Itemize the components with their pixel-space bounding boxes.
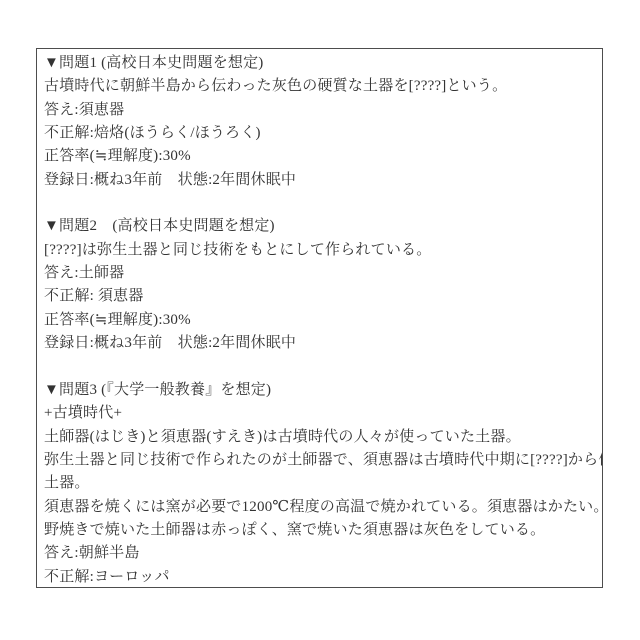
text-line: +古墳時代+ xyxy=(44,402,595,425)
text-line: 土師器(はじき)と須恵器(すえき)は古墳時代の人々が使っていた土器。 xyxy=(44,426,595,449)
section-heading: ▼問題3 (『大学一般教養』を想定) xyxy=(44,379,595,402)
text-line: 登録日:概ね3年前 状態:2年間休眠中 xyxy=(44,332,595,355)
problem-section-3: ▼問題3 (『大学一般教養』を想定)+古墳時代+土師器(はじき)と須恵器(すえき… xyxy=(44,379,595,588)
quiz-document: ▼問題1 (高校日本史問題を想定)古墳時代に朝鮮半島から伝わった灰色の硬質な土器… xyxy=(36,48,603,588)
problem-section-2: ▼問題2 (高校日本史問題を想定)[????]は弥生土器と同じ技術をもとにして作… xyxy=(44,215,595,355)
text-line: 弥生土器と同じ技術で作られたのが土師器で、須恵器は古墳時代中期に[????]から… xyxy=(44,449,595,472)
text-line: 正答率(≒理解度):30% xyxy=(44,145,595,168)
text-line: 不正解:焙烙(ほうらく/ほうろく) xyxy=(44,122,595,145)
text-line: 不正解: 須恵器 xyxy=(44,285,595,308)
text-line: 正答率(≒理解度):30% xyxy=(44,309,595,332)
text-line: 答え:須恵器 xyxy=(44,99,595,122)
text-line: 野焼きで焼いた土師器は赤っぽく、窯で焼いた須恵器は灰色をしている。 xyxy=(44,519,595,542)
text-line: 答え:土師器 xyxy=(44,262,595,285)
text-line: 古墳時代に朝鮮半島から伝わった灰色の硬質な土器を[????]という。 xyxy=(44,75,595,98)
section-heading: ▼問題1 (高校日本史問題を想定) xyxy=(44,52,595,75)
text-line: 不正解:ヨーロッパ xyxy=(44,566,595,588)
text-line: 須恵器を焼くには窯が必要で1200℃程度の高温で焼かれている。須恵器はかたい。 xyxy=(44,496,595,519)
text-line: [????]は弥生土器と同じ技術をもとにして作られている。 xyxy=(44,239,595,262)
text-line: 登録日:概ね3年前 状態:2年間休眠中 xyxy=(44,169,595,192)
text-line: 土器。 xyxy=(44,472,595,495)
section-heading: ▼問題2 (高校日本史問題を想定) xyxy=(44,215,595,238)
text-line: 答え:朝鮮半島 xyxy=(44,542,595,565)
problem-section-1: ▼問題1 (高校日本史問題を想定)古墳時代に朝鮮半島から伝わった灰色の硬質な土器… xyxy=(44,52,595,192)
